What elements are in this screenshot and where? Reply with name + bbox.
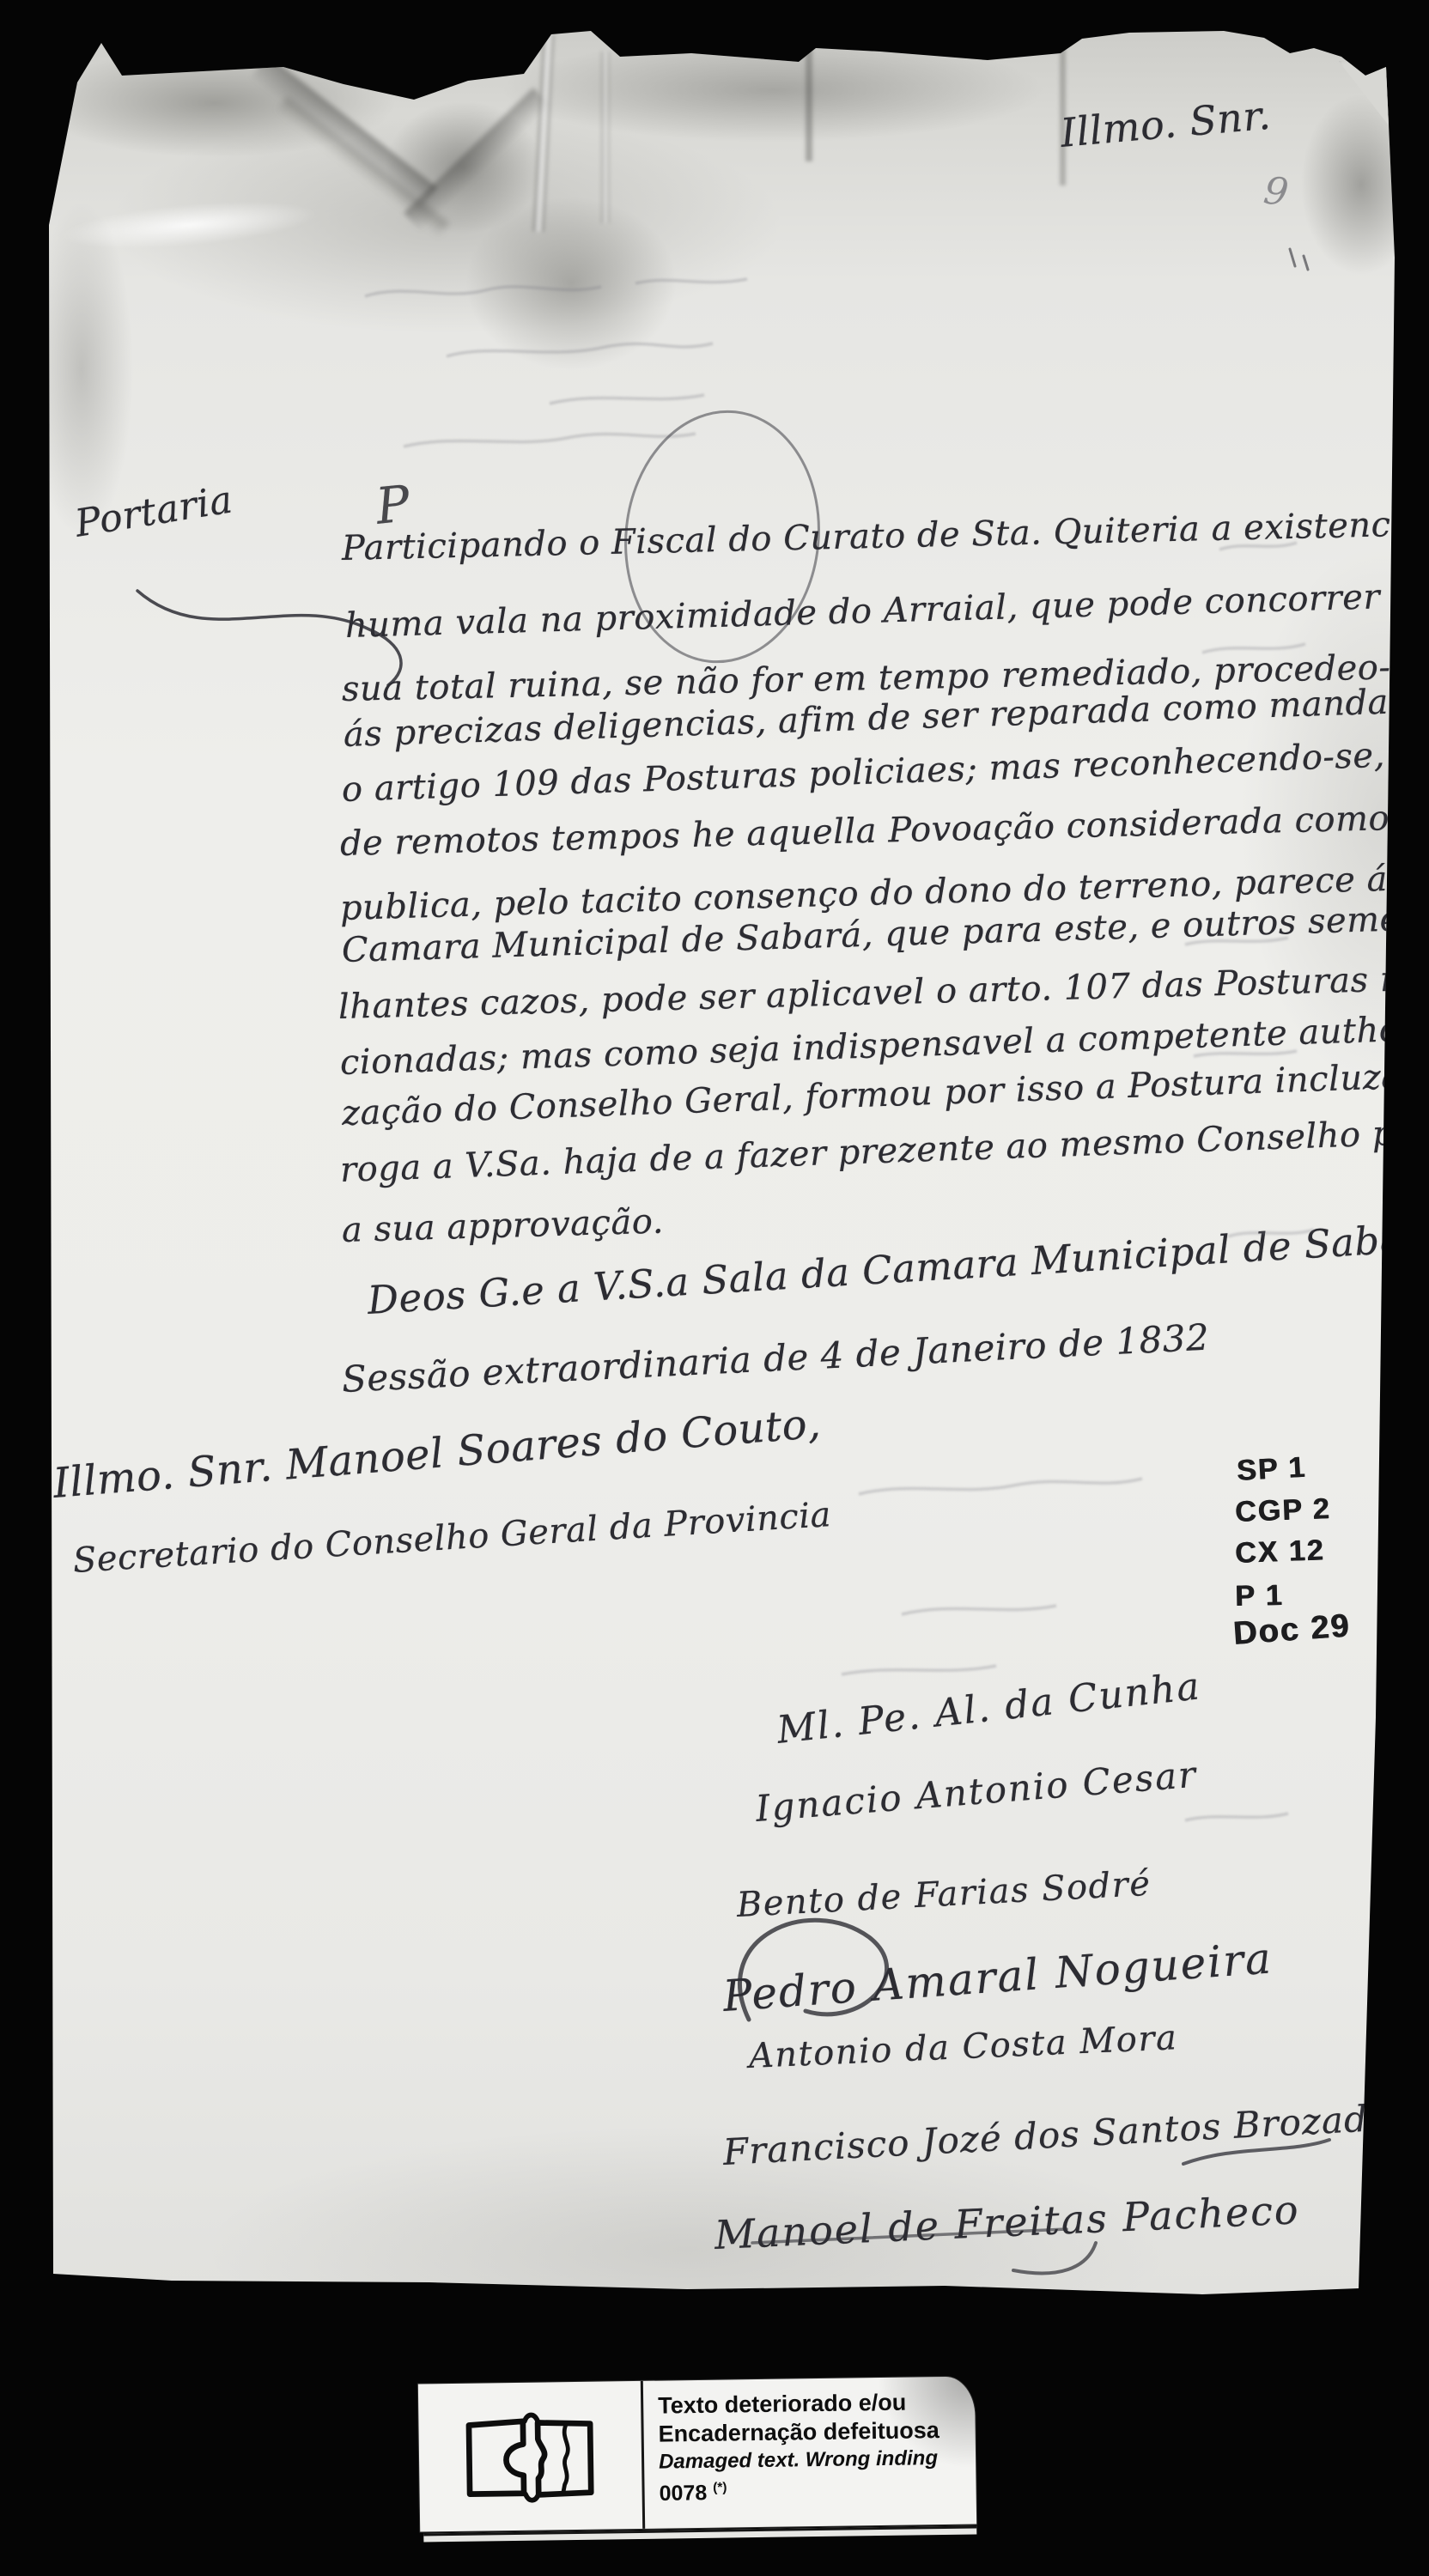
- archival-code: Doc 29: [1232, 1608, 1352, 1653]
- label-text-pt-1: Texto deteriorado e/ou: [658, 2387, 975, 2420]
- signature: Antonio da Costa Mora: [748, 2018, 1178, 2076]
- margin-note-portaria: Portaria: [72, 477, 235, 545]
- signature: Pedro Amaral Nogueira: [721, 1933, 1274, 2021]
- signature: Ml. Pe. Al. da Cunha: [775, 1664, 1202, 1753]
- fold-crease: [601, 52, 610, 223]
- pencil-page-mark: 9: [1261, 168, 1291, 215]
- signature: Ignacio Antonio Cesar: [754, 1753, 1199, 1830]
- label-icon-cell: [418, 2381, 645, 2532]
- flourish-initial: P: [373, 474, 412, 536]
- fold-crease: [532, 34, 555, 232]
- archival-code: SP 1: [1236, 1451, 1307, 1488]
- body-line: Participando o Fiscal do Curato de Sta. …: [341, 503, 1429, 568]
- addressee-line: Illmo. Snr. Manoel Soares do Couto,: [52, 1400, 823, 1508]
- archival-code: P 1: [1235, 1579, 1284, 1613]
- corner-fold: [1336, 57, 1396, 131]
- tear-crease: [250, 55, 437, 210]
- label-text-pt-2: Encadernação defeituosa: [658, 2415, 975, 2448]
- label-number: 0078 (*): [659, 2470, 976, 2506]
- signature: Francisco Jozé dos Santos Brozado: [722, 2096, 1392, 2173]
- signature: Bento de Farias Sodré: [736, 1864, 1152, 1925]
- body-line: a sua approvação.: [341, 1202, 664, 1250]
- body-line: de remotos tempos he aquella Povoação co…: [339, 799, 1389, 864]
- manuscript-paper: Illmo. Snr. 9 Portaria P Participando o …: [0, 0, 1429, 2576]
- tear-crease: [404, 88, 551, 231]
- archive-condition-label: Texto deteriorado e/ou Encadernação defe…: [418, 2376, 976, 2531]
- tear-crease: [275, 96, 449, 238]
- archival-code: CGP 2: [1234, 1492, 1331, 1529]
- signature: Manoel de Freitas Pacheco: [714, 2186, 1301, 2258]
- salutation: Illmo. Snr.: [1059, 92, 1273, 156]
- curled-edge-highlight: [58, 193, 319, 257]
- fold-crease: [806, 50, 812, 161]
- closing-line: Sessão extraordinaria de 4 de Janeiro de…: [341, 1316, 1210, 1400]
- damaged-book-icon: [450, 2402, 611, 2511]
- label-text-en: Damaged text. Wrong inding: [659, 2444, 976, 2475]
- label-text-cell: Texto deteriorado e/ou Encadernação defe…: [643, 2376, 976, 2528]
- body-line: huma vala na proximidade do Arraial, que…: [344, 575, 1429, 646]
- addressee-line: Secretario do Conselho Geral da Provinci…: [72, 1495, 833, 1581]
- scanned-manuscript-page: Illmo. Snr. 9 Portaria P Participando o …: [0, 0, 1429, 2576]
- label-number-mark: (*): [713, 2481, 727, 2495]
- archival-code: CX 12: [1234, 1534, 1325, 1571]
